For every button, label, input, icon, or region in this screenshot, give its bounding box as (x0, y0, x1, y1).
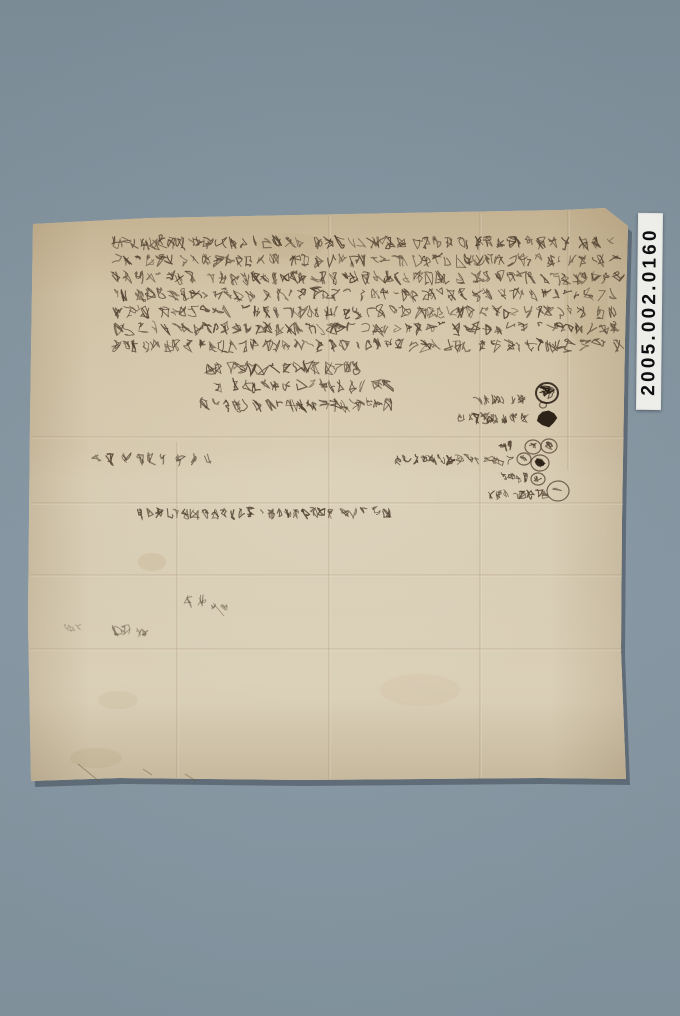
handwritten-script (64, 235, 624, 637)
photo-scene: 2005.002.0160 (0, 0, 680, 1016)
ink-seals-and-circles (517, 383, 570, 502)
catalog-number: 2005.002.0160 (636, 213, 663, 410)
manuscript-ink-overlay (0, 0, 680, 1016)
catalog-label: 2005.002.0160 (636, 213, 663, 410)
